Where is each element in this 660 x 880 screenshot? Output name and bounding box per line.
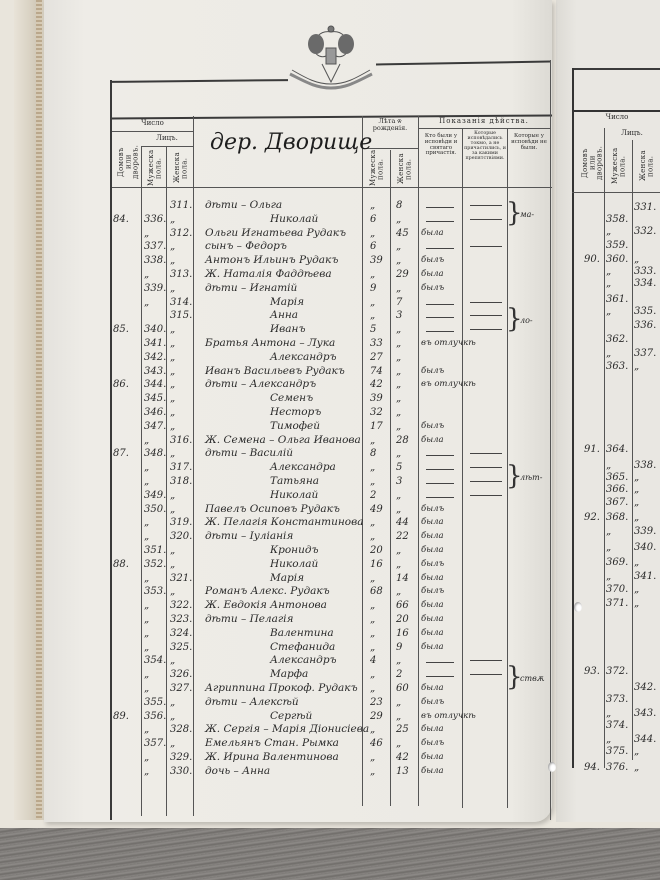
right-female-number: 339. xyxy=(634,526,656,537)
age-female: 9 xyxy=(396,642,402,653)
header-bottom-rule xyxy=(112,187,552,188)
right-female-number: „ xyxy=(634,361,639,372)
margin-note: ствѫ xyxy=(520,674,544,683)
right-female-number: „ xyxy=(634,497,639,508)
right-house-number: 91. xyxy=(584,444,600,455)
age-female: 66 xyxy=(396,600,409,611)
status-dash xyxy=(426,469,454,470)
female-number: „ xyxy=(170,711,175,722)
male-number: 343. xyxy=(144,366,166,377)
right-female-number: 337. xyxy=(634,348,656,359)
header-sub-rule-status xyxy=(418,128,550,129)
right-header-bottom xyxy=(572,192,660,193)
male-number: 344. xyxy=(144,379,166,390)
status-text: была xyxy=(421,614,444,624)
right-female-number: 343. xyxy=(634,708,656,719)
male-number: 347. xyxy=(144,421,166,432)
right-male-number: „ xyxy=(606,266,611,277)
person-name: Марфа xyxy=(270,668,308,680)
right-male-number: 358. xyxy=(606,214,628,225)
age-female: „ xyxy=(396,214,401,225)
female-number: „ xyxy=(170,655,175,666)
person-name: Ж. Семена – Ольга Иванова xyxy=(205,434,361,446)
right-male-number: 373. xyxy=(606,694,628,705)
right-female-number: 333. xyxy=(634,266,656,277)
right-col-sep-1 xyxy=(604,128,605,768)
header-female: Женска пола. xyxy=(174,150,189,186)
status-text: былъ xyxy=(421,283,444,293)
age-female: „ xyxy=(396,393,401,404)
status-text: въ отлучкѣ xyxy=(421,338,476,348)
age-female: 45 xyxy=(396,228,409,239)
female-number: „ xyxy=(170,504,175,515)
female-number: 319. xyxy=(170,517,192,528)
house-number: 84. xyxy=(113,214,129,225)
age-female: 22 xyxy=(396,531,409,542)
right-male-number: 370. xyxy=(606,584,628,595)
age-female: „ xyxy=(396,448,401,459)
male-number: 356. xyxy=(144,711,166,722)
female-number: 324. xyxy=(170,628,192,639)
age-male: 33 xyxy=(370,338,383,349)
age-female: 20 xyxy=(396,614,409,625)
female-number: „ xyxy=(170,545,175,556)
male-number: 337. xyxy=(144,241,166,252)
male-number: „ xyxy=(144,724,149,735)
right-header-number: Число xyxy=(574,114,660,121)
female-number: 329. xyxy=(170,752,192,763)
age-male: 9 xyxy=(370,283,376,294)
right-house-number: 93. xyxy=(584,666,600,677)
age-male: „ xyxy=(370,228,375,239)
age-female: 25 xyxy=(396,724,409,735)
person-name: Братья Антона – Лука xyxy=(205,337,335,349)
binder-hole-top xyxy=(574,602,582,612)
status-dash xyxy=(426,676,454,677)
age-female: „ xyxy=(396,283,401,294)
person-name: Николай xyxy=(270,489,318,501)
female-number: 315. xyxy=(170,310,192,321)
right-male-number: 374. xyxy=(606,720,628,731)
age-female: 3 xyxy=(396,310,402,321)
female-number: „ xyxy=(170,421,175,432)
binding-stitches xyxy=(36,0,42,820)
right-female-number: „ xyxy=(634,484,639,495)
person-name: Анна xyxy=(270,309,298,321)
age-female: 3 xyxy=(396,476,402,487)
margin-note: ло- xyxy=(520,316,533,325)
right-female-number: „ xyxy=(634,584,639,595)
confessed-only-dash xyxy=(470,315,502,316)
right-col-sep-2 xyxy=(632,140,633,760)
age-male: 46 xyxy=(370,738,383,749)
person-name: Николай xyxy=(270,558,318,570)
right-male-number: „ xyxy=(606,306,611,317)
age-female: „ xyxy=(396,407,401,418)
status-text: была xyxy=(421,600,444,610)
confessed-only-dash xyxy=(470,453,502,454)
male-number: „ xyxy=(144,573,149,584)
right-female-number: 338. xyxy=(634,460,656,471)
female-number: 328. xyxy=(170,724,192,735)
right-female-number: „ xyxy=(634,598,639,609)
status-dash xyxy=(426,331,454,332)
right-female-number: 332. xyxy=(634,226,656,237)
male-number: 348. xyxy=(144,448,166,459)
status-text: была xyxy=(421,435,444,445)
male-number: „ xyxy=(144,642,149,653)
person-name: Александра xyxy=(270,461,336,473)
right-house-number: 92. xyxy=(584,512,600,523)
female-number: 312. xyxy=(170,228,192,239)
age-female: „ xyxy=(396,379,401,390)
right-female-number: „ xyxy=(634,512,639,523)
male-number: 357. xyxy=(144,738,166,749)
table-frame xyxy=(110,80,552,820)
male-number: 345. xyxy=(144,393,166,404)
female-number: „ xyxy=(170,338,175,349)
female-number: „ xyxy=(170,490,175,501)
status-text: былъ xyxy=(421,738,444,748)
status-text: была xyxy=(421,228,444,238)
age-male: 27 xyxy=(370,352,383,363)
house-number: 89. xyxy=(113,711,129,722)
age-male: 39 xyxy=(370,255,383,266)
right-male-number: 359. xyxy=(606,240,628,251)
right-male-number: 376. xyxy=(606,762,628,773)
right-house-number: 90. xyxy=(584,254,600,265)
house-number: 86. xyxy=(113,379,129,390)
male-number: „ xyxy=(144,752,149,763)
status-dash xyxy=(426,497,454,498)
age-male: „ xyxy=(370,269,375,280)
right-female-number: „ xyxy=(634,472,639,483)
female-number: „ xyxy=(170,366,175,377)
age-female: „ xyxy=(396,241,401,252)
age-male: 74 xyxy=(370,366,383,377)
age-male: 49 xyxy=(370,504,383,515)
female-number: 326. xyxy=(170,669,192,680)
right-male-number: 375. xyxy=(606,746,628,757)
female-number: „ xyxy=(170,448,175,459)
right-female-number: 340. xyxy=(634,542,656,553)
male-number: „ xyxy=(144,517,149,528)
status-text: была xyxy=(421,766,444,776)
female-number: 316. xyxy=(170,435,192,446)
male-number: 349. xyxy=(144,490,166,501)
person-name: Николай xyxy=(270,213,318,225)
person-name: дѣти – Іуліанія xyxy=(205,530,293,542)
female-number: 322. xyxy=(170,600,192,611)
right-male-number: 368. xyxy=(606,512,628,523)
female-number: 311. xyxy=(170,200,192,211)
age-male: 6 xyxy=(370,214,376,225)
right-male-number: 363. xyxy=(606,361,628,372)
right-male-number: 371. xyxy=(606,598,628,609)
right-male-number: 362. xyxy=(606,334,628,345)
age-female: 13 xyxy=(396,766,409,777)
female-number: „ xyxy=(170,255,175,266)
person-name: Ж. Наталія Фаддѣева xyxy=(205,268,332,280)
header-age-female: Женска пола. xyxy=(398,152,413,186)
male-number: 336. xyxy=(144,214,166,225)
age-male: „ xyxy=(370,683,375,694)
age-male: „ xyxy=(370,462,375,473)
male-number: „ xyxy=(144,628,149,639)
status-text: въ отлучкѣ xyxy=(421,379,476,389)
right-male-number: 365. xyxy=(606,472,628,483)
age-male: 5 xyxy=(370,324,376,335)
person-name: дѣти – Пелагія xyxy=(205,613,294,625)
age-male: „ xyxy=(370,642,375,653)
person-name: Иванъ xyxy=(270,323,305,335)
age-male: 20 xyxy=(370,545,383,556)
status-text: была xyxy=(421,683,444,693)
age-male: „ xyxy=(370,628,375,639)
age-female: 60 xyxy=(396,683,409,694)
age-female: 2 xyxy=(396,669,402,680)
age-female: „ xyxy=(396,352,401,363)
female-number: 330. xyxy=(170,766,192,777)
age-female: 14 xyxy=(396,573,409,584)
person-name: дѣти – Алексѣй xyxy=(205,696,299,708)
female-number: 313. xyxy=(170,269,192,280)
female-number: 323. xyxy=(170,614,192,625)
right-male-number: 364. xyxy=(606,444,628,455)
male-number: 341. xyxy=(144,338,166,349)
right-male-number: 369. xyxy=(606,557,628,568)
col-sep-female xyxy=(193,116,194,816)
status-text: была xyxy=(421,269,444,279)
age-male: „ xyxy=(370,752,375,763)
person-name: дѣти – Василій xyxy=(205,447,293,459)
status-dash xyxy=(426,207,454,208)
age-female: „ xyxy=(396,697,401,708)
col-right-edge xyxy=(550,60,551,820)
confessed-only-dash xyxy=(470,481,502,482)
female-number: „ xyxy=(170,559,175,570)
male-number: „ xyxy=(144,669,149,680)
age-female: 7 xyxy=(396,297,402,308)
house-number: 85. xyxy=(113,324,129,335)
confessed-only-dash xyxy=(470,674,502,675)
age-male: 6 xyxy=(370,241,376,252)
person-name: дочь – Анна xyxy=(205,765,270,777)
status-text: былъ xyxy=(421,586,444,596)
male-number: „ xyxy=(144,435,149,446)
age-male: 2 xyxy=(370,490,376,501)
male-number: 350. xyxy=(144,504,166,515)
status-text: былъ xyxy=(421,421,444,431)
right-frame-top xyxy=(572,68,660,70)
age-male: „ xyxy=(370,297,375,308)
status-text: была xyxy=(421,642,444,652)
age-female: 8 xyxy=(396,200,402,211)
male-number: „ xyxy=(144,683,149,694)
person-name: Тимофей xyxy=(270,420,320,432)
right-female-number: 334. xyxy=(634,278,656,289)
person-name: Александръ xyxy=(270,351,337,363)
status-dash xyxy=(426,317,454,318)
status-dash xyxy=(426,455,454,456)
confessed-only-dash xyxy=(470,219,502,220)
male-number: 339. xyxy=(144,283,166,294)
right-female-number: 335. xyxy=(634,306,656,317)
female-number: „ xyxy=(170,241,175,252)
right-male-number: 361. xyxy=(606,294,628,305)
age-female: „ xyxy=(396,655,401,666)
age-female: „ xyxy=(396,504,401,515)
status-text: былъ xyxy=(421,255,444,265)
right-male-number: 367. xyxy=(606,497,628,508)
status-text: была xyxy=(421,517,444,527)
status-dash xyxy=(426,248,454,249)
male-number: „ xyxy=(144,462,149,473)
right-female-number: „ xyxy=(634,557,639,568)
female-number: „ xyxy=(170,738,175,749)
status-dash xyxy=(426,662,454,663)
female-number: 325. xyxy=(170,642,192,653)
age-female: „ xyxy=(396,324,401,335)
status-text: была xyxy=(421,752,444,762)
status-dash xyxy=(426,304,454,305)
age-male: 4 xyxy=(370,655,376,666)
female-number: 327. xyxy=(170,683,192,694)
right-male-number: „ xyxy=(606,526,611,537)
person-name: Иванъ Васильевъ Рудакъ xyxy=(205,365,345,377)
male-number: „ xyxy=(144,614,149,625)
right-male-number: „ xyxy=(606,708,611,719)
person-name: Семенъ xyxy=(270,392,313,404)
header-persons: Лицъ. xyxy=(141,135,193,142)
male-number: „ xyxy=(144,269,149,280)
header-age-male: Мужеска пола. xyxy=(370,152,385,186)
right-female-number: „ xyxy=(634,762,639,773)
person-name: Емельянъ Стан. Рымка xyxy=(205,737,339,749)
desk-surface xyxy=(0,828,660,880)
col-sep-status2 xyxy=(462,128,463,808)
person-name: Несторъ xyxy=(270,406,321,418)
age-male: „ xyxy=(370,476,375,487)
male-number: 353. xyxy=(144,586,166,597)
person-name: сынъ – Федоръ xyxy=(205,240,287,252)
age-female: 29 xyxy=(396,269,409,280)
col-sep-age-male xyxy=(362,116,363,806)
person-name: Сергѣй xyxy=(270,710,312,722)
age-male: 8 xyxy=(370,448,376,459)
header-number: Число xyxy=(112,120,193,127)
right-female-number: 342. xyxy=(634,682,656,693)
right-male-number: „ xyxy=(606,278,611,289)
age-male: „ xyxy=(370,614,375,625)
person-name: Марія xyxy=(270,572,304,584)
male-number: 340. xyxy=(144,324,166,335)
right-female-number: 336. xyxy=(634,320,656,331)
header-status-confessed-only: Которые исповѣдались токмо, а не причаст… xyxy=(463,131,507,161)
person-name: Ж. Пелагія Константинова xyxy=(205,516,363,528)
confessed-only-dash xyxy=(470,205,502,206)
male-number: 355. xyxy=(144,697,166,708)
status-text: была xyxy=(421,545,444,555)
right-male-number: „ xyxy=(606,348,611,359)
female-number: „ xyxy=(170,393,175,404)
person-name: Павелъ Осиповъ Рудакъ xyxy=(205,503,340,515)
person-name: Агриппина Прокоф. Рудакъ xyxy=(205,682,358,694)
status-text: была xyxy=(421,573,444,583)
person-name: Валентина xyxy=(270,627,334,639)
confessed-only-dash xyxy=(470,329,502,330)
age-female: 28 xyxy=(396,435,409,446)
age-female: „ xyxy=(396,545,401,556)
status-text: былъ xyxy=(421,697,444,707)
right-header-female: Женска пола. xyxy=(640,146,655,186)
female-number: 317. xyxy=(170,462,192,473)
right-frame-left xyxy=(572,68,574,768)
age-male: „ xyxy=(370,200,375,211)
status-dash xyxy=(426,483,454,484)
person-name: Марія xyxy=(270,296,304,308)
age-female: „ xyxy=(396,490,401,501)
col-sep-age-female xyxy=(390,150,391,806)
male-number: 351. xyxy=(144,545,166,556)
female-number: 320. xyxy=(170,531,192,542)
confessed-only-dash xyxy=(470,495,502,496)
right-male-number: „ xyxy=(606,571,611,582)
person-name: Ж. Сергія – Марія Діонисіева xyxy=(205,723,369,735)
female-number: „ xyxy=(170,324,175,335)
status-text: была xyxy=(421,724,444,734)
right-female-number: 331. xyxy=(634,202,656,213)
status-text: былъ xyxy=(421,504,444,514)
right-header-male: Мужеска пола. xyxy=(612,146,627,186)
village-heading: дер. Дворище xyxy=(210,130,372,155)
age-female: „ xyxy=(396,711,401,722)
person-name: Романъ Алекс. Рудакъ xyxy=(205,585,330,597)
person-name: Ж. Ирина Валентинова xyxy=(205,751,339,763)
female-number: „ xyxy=(170,586,175,597)
female-number: 321. xyxy=(170,573,192,584)
right-female-number: „ xyxy=(634,254,639,265)
age-male: „ xyxy=(370,724,375,735)
right-house-number: 94. xyxy=(584,762,600,773)
header-sub-rule-persons xyxy=(141,146,193,147)
header-male: Мужеска пола. xyxy=(148,150,163,186)
header-status-communed: Кто были у исповѣди и святаго причастія. xyxy=(420,134,462,157)
female-number: „ xyxy=(170,697,175,708)
age-male: 23 xyxy=(370,697,383,708)
age-male: „ xyxy=(370,435,375,446)
person-name: Александръ xyxy=(270,654,337,666)
male-number: 342. xyxy=(144,352,166,363)
female-number: 314. xyxy=(170,297,192,308)
house-number: 88. xyxy=(113,559,129,570)
person-name: дѣти – Александръ xyxy=(205,378,316,390)
person-name: Татьяна xyxy=(270,475,319,487)
age-male: 32 xyxy=(370,407,383,418)
male-number: 346. xyxy=(144,407,166,418)
age-female: „ xyxy=(396,366,401,377)
status-text: была xyxy=(421,531,444,541)
male-number: „ xyxy=(144,600,149,611)
age-female: 42 xyxy=(396,752,409,763)
right-male-number: „ xyxy=(606,226,611,237)
confessed-only-dash xyxy=(470,467,502,468)
header-sub-rule-number xyxy=(112,131,193,132)
binder-hole-bottom xyxy=(548,762,556,772)
age-male: „ xyxy=(370,766,375,777)
female-number: 318. xyxy=(170,476,192,487)
male-number: „ xyxy=(144,476,149,487)
